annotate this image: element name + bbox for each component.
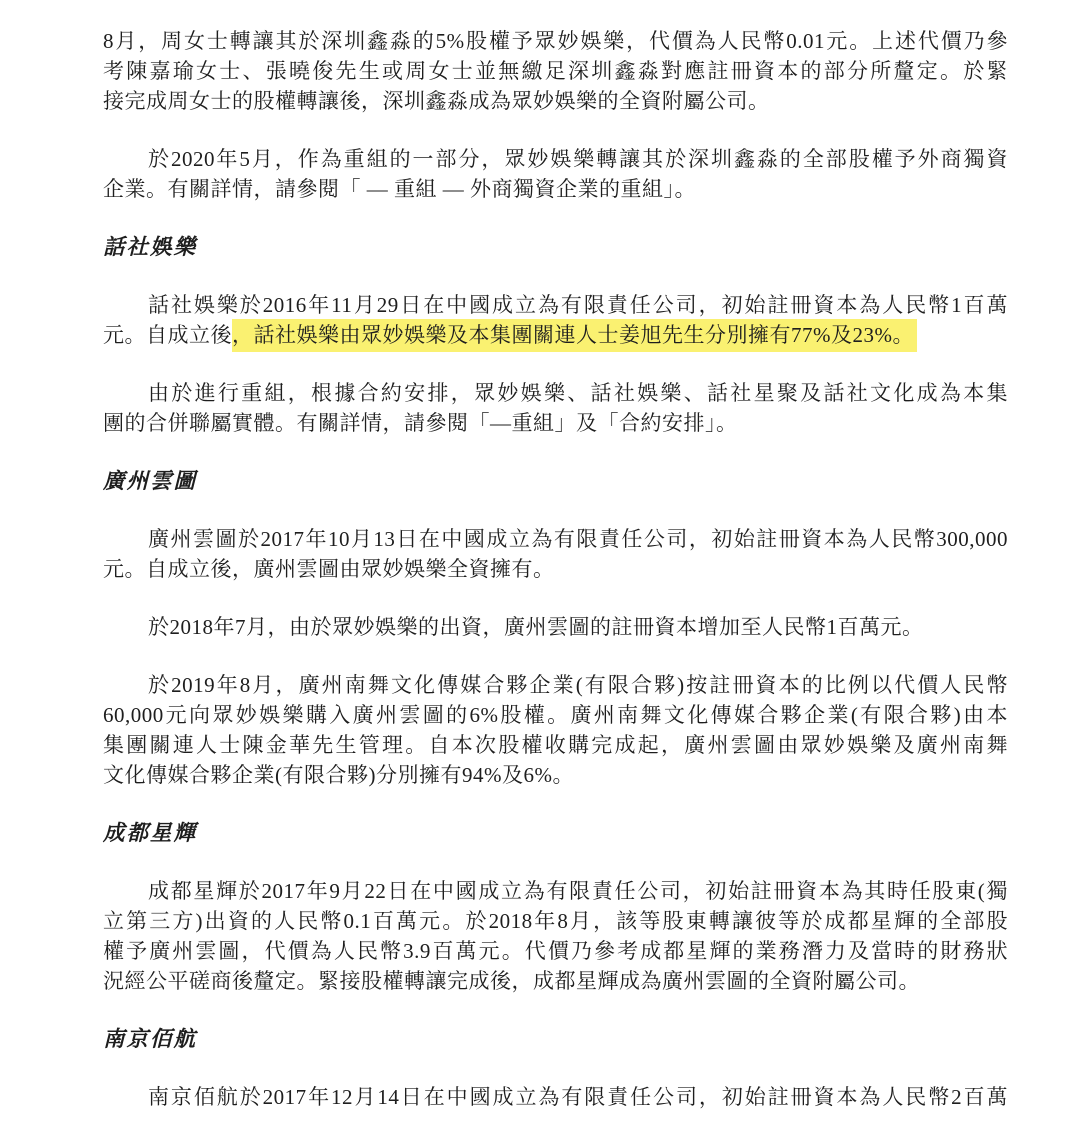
text-line: 8月，周女士轉讓其於深圳鑫淼的5%股權予眾妙娛樂，代價為人民幣0.01元。上述代… [103,26,1008,56]
text-line: 元。自成立後，話社娛樂由眾妙娛樂及本集團關連人士姜旭先生分別擁有77%及23%。 [103,320,1008,350]
text-line: 集團關連人士陳金華先生管理。自本次股權收購完成起，廣州雲圖由眾妙娛樂及廣州南舞 [103,730,1008,760]
paragraph-nanjing-baihang-incorporation: 南京佰航於2017年12月14日在中國成立為有限責任公司，初始註冊資本為人民幣2… [103,1082,1008,1112]
paragraph-chengdu-xinghui-incorporation: 成都星輝於2017年9月22日在中國成立為有限責任公司，初始註冊資本為其時任股東… [103,876,1008,996]
text-line: 於2019年8月，廣州南舞文化傳媒合夥企業(有限合夥)按註冊資本的比例以代價人民… [103,670,1008,700]
paragraph-shenzhen-xinmiao-transfer: 8月，周女士轉讓其於深圳鑫淼的5%股權予眾妙娛樂，代價為人民幣0.01元。上述代… [103,26,1008,116]
text-line: 元。自成立後，廣州雲圖由眾妙娛樂全資擁有。 [103,554,1008,584]
paragraph-huashe-incorporation: 話社娛樂於2016年11月29日在中國成立為有限責任公司，初始註冊資本為人民幣1… [103,290,1008,350]
paragraph-contractual-arrangements: 由於進行重組，根據合約安排，眾妙娛樂、話社娛樂、話社星聚及話社文化成為本集 團的… [103,378,1008,438]
highlighted-ownership-text: ，話社娛樂由眾妙娛樂及本集團關連人士姜旭先生分別擁有77%及23%。 [232,319,917,352]
text-line: 團的合併聯屬實體。有關詳情，請參閱「—重組」及「合約安排」。 [103,408,1008,438]
section-heading-chengdu-xinghui: 成都星輝 [103,818,1008,848]
paragraph-guangzhou-yuntu-incorporation: 廣州雲圖於2017年10月13日在中國成立為有限責任公司，初始註冊資本為人民幣3… [103,524,1008,584]
text-line: 考陳嘉瑜女士、張曉俊先生或周女士並無繳足深圳鑫淼對應註冊資本的部分所釐定。於緊 [103,56,1008,86]
text-line: 況經公平磋商後釐定。緊接股權轉讓完成後，成都星輝成為廣州雲圖的全資附屬公司。 [103,966,1008,996]
text-line: 文化傳媒合夥企業(有限合夥)分別擁有94%及6%。 [103,760,1008,790]
text-line: 由於進行重組，根據合約安排，眾妙娛樂、話社娛樂、話社星聚及話社文化成為本集 [103,378,1008,408]
section-heading-huashe-entertainment: 話社娛樂 [103,232,1008,262]
text-line: 60,000元向眾妙娛樂購入廣州雲圖的6%股權。廣州南舞文化傳媒合夥企業(有限合… [103,700,1008,730]
text-line: 成都星輝於2017年9月22日在中國成立為有限責任公司，初始註冊資本為其時任股東… [103,876,1008,906]
paragraph-nanwu-partnership-acquisition: 於2019年8月，廣州南舞文化傳媒合夥企業(有限合夥)按註冊資本的比例以代價人民… [103,670,1008,790]
document-page: 8月，周女士轉讓其於深圳鑫淼的5%股權予眾妙娛樂，代價為人民幣0.01元。上述代… [0,0,1080,1142]
paragraph-2020-restructuring: 於2020年5月，作為重組的一部分，眾妙娛樂轉讓其於深圳鑫淼的全部股權予外商獨資… [103,144,1008,204]
paragraph-2018-capital-increase: 於2018年7月，由於眾妙娛樂的出資，廣州雲圖的註冊資本增加至人民幣1百萬元。 [103,612,1008,642]
text-line: 權予廣州雲圖，代價為人民幣3.9百萬元。代價乃參考成都星輝的業務潛力及當時的財務… [103,936,1008,966]
text-line: 南京佰航於2017年12月14日在中國成立為有限責任公司，初始註冊資本為人民幣2… [103,1082,1008,1112]
plain-text: 元。自成立後 [103,323,232,347]
text-line: 於2018年7月，由於眾妙娛樂的出資，廣州雲圖的註冊資本增加至人民幣1百萬元。 [103,612,1008,642]
text-line: 於2020年5月，作為重組的一部分，眾妙娛樂轉讓其於深圳鑫淼的全部股權予外商獨資 [103,144,1008,174]
text-line: 立第三方)出資的人民幣0.1百萬元。於2018年8月，該等股東轉讓彼等於成都星輝… [103,906,1008,936]
text-line: 企業。有關詳情，請參閱「 — 重組 — 外商獨資企業的重組」。 [103,174,1008,204]
text-line: 廣州雲圖於2017年10月13日在中國成立為有限責任公司，初始註冊資本為人民幣3… [103,524,1008,554]
section-heading-guangzhou-yuntu: 廣州雲圖 [103,466,1008,496]
text-line: 接完成周女士的股權轉讓後，深圳鑫淼成為眾妙娛樂的全資附屬公司。 [103,86,1008,116]
section-heading-nanjing-baihang: 南京佰航 [103,1024,1008,1054]
text-line: 話社娛樂於2016年11月29日在中國成立為有限責任公司，初始註冊資本為人民幣1… [103,290,1008,320]
